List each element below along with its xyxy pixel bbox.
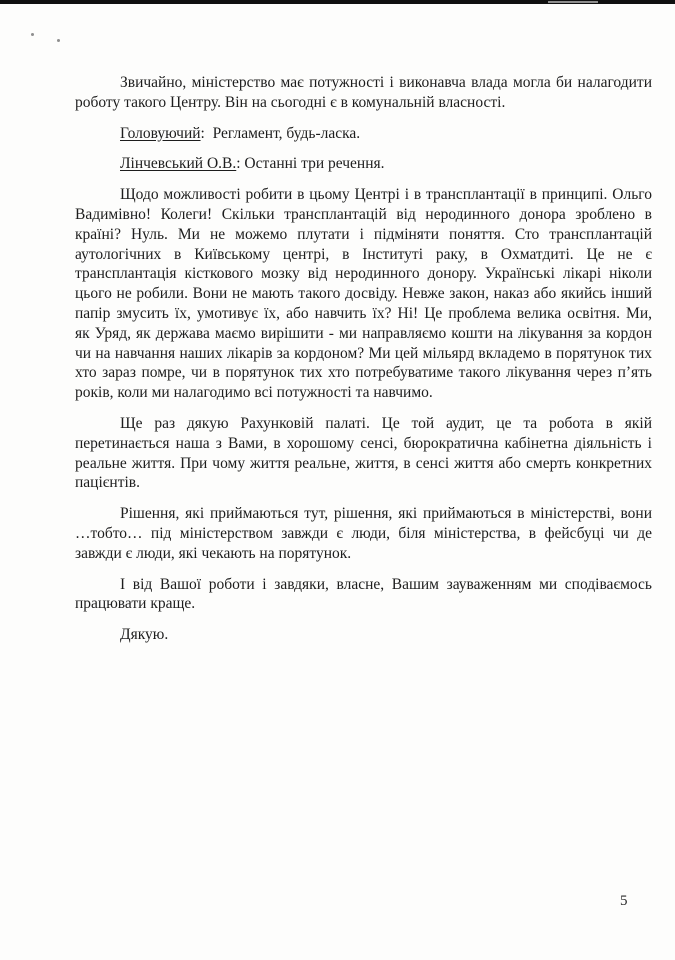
scan-top-edge-artifact xyxy=(0,0,675,4)
text-line: пацієнтів. xyxy=(75,473,652,493)
text-line: трансплантація кісткового мозку від неро… xyxy=(75,264,652,284)
text-line: папір змусить їх, умотивує їх, або навчи… xyxy=(75,304,652,324)
speaker-name: Головуючий xyxy=(120,125,201,142)
paragraph: Лінчевський О.В.: Останні три речення. xyxy=(75,154,652,174)
scan-speck xyxy=(31,33,34,36)
paragraph: Головуючий: Регламент, будь-ласка. xyxy=(75,124,652,144)
text-line: перетинається наша з Вами, в хорошому се… xyxy=(75,434,652,454)
text-line: І від Вашої роботи і завдяки, власне, Ва… xyxy=(75,575,652,595)
text-line: цього не робили. Вони не мають такого до… xyxy=(75,284,652,304)
text-line: працювати краще. xyxy=(75,594,652,614)
paragraph: Щодо можливості робити в цьому Центрі і … xyxy=(75,185,652,403)
paragraph: Ще раз дякую Рахунковій палаті. Це той а… xyxy=(75,414,652,493)
text-line: років, коли ми налагодимо всі потужності… xyxy=(75,383,652,403)
paragraph: Дякую. xyxy=(75,625,652,645)
speaker-line: Лінчевський О.В.: Останні три речення. xyxy=(75,154,652,174)
text-line: Рішення, які приймаються тут, рішення, я… xyxy=(75,504,652,524)
scan-edge-light-gap xyxy=(548,1,598,3)
text-line: аутологічних в Київському центрі, в Інст… xyxy=(75,245,652,265)
text-line: …тобто… під міністерством завжди є люди,… xyxy=(75,524,652,544)
text-line: завжди є люди, які чекають на порятунок. xyxy=(75,544,652,564)
speaker-text: : Регламент, будь-ласка. xyxy=(201,125,361,142)
paragraph: Рішення, які приймаються тут, рішення, я… xyxy=(75,504,652,563)
paragraph: Звичайно, міністерство має потужності і … xyxy=(75,73,652,113)
text-line: Ще раз дякую Рахунковій палаті. Це той а… xyxy=(75,414,652,434)
document-body: Звичайно, міністерство має потужності і … xyxy=(75,73,652,656)
text-line: Звичайно, міністерство має потужності і … xyxy=(75,73,652,93)
text-line: хто зараз помре, чи в порятунок тих хто … xyxy=(75,363,652,383)
text-line: Дякую. xyxy=(75,625,652,645)
speaker-text: : Останні три речення. xyxy=(236,155,384,172)
text-line: роботу такого Центру. Він на сьогодні є … xyxy=(75,93,652,113)
speaker-name: Лінчевський О.В. xyxy=(120,155,236,172)
text-line: країні? Нуль. Ми не можемо плутати і під… xyxy=(75,225,652,245)
text-line: Вадимівно! Колеги! Скільки трансплантаці… xyxy=(75,205,652,225)
text-line: Щодо можливості робити в цьому Центрі і … xyxy=(75,185,652,205)
text-line: реальне життя. При чому життя реальне, ж… xyxy=(75,454,652,474)
page-number: 5 xyxy=(620,893,628,910)
speaker-line: Головуючий: Регламент, будь-ласка. xyxy=(75,124,652,144)
text-line: чи на навчання наших лікарів за кордоном… xyxy=(75,344,652,364)
scan-speck xyxy=(57,39,60,42)
paragraph: І від Вашої роботи і завдяки, власне, Ва… xyxy=(75,575,652,615)
text-line: як Уряд, як держава маємо вирішити - ми … xyxy=(75,324,652,344)
